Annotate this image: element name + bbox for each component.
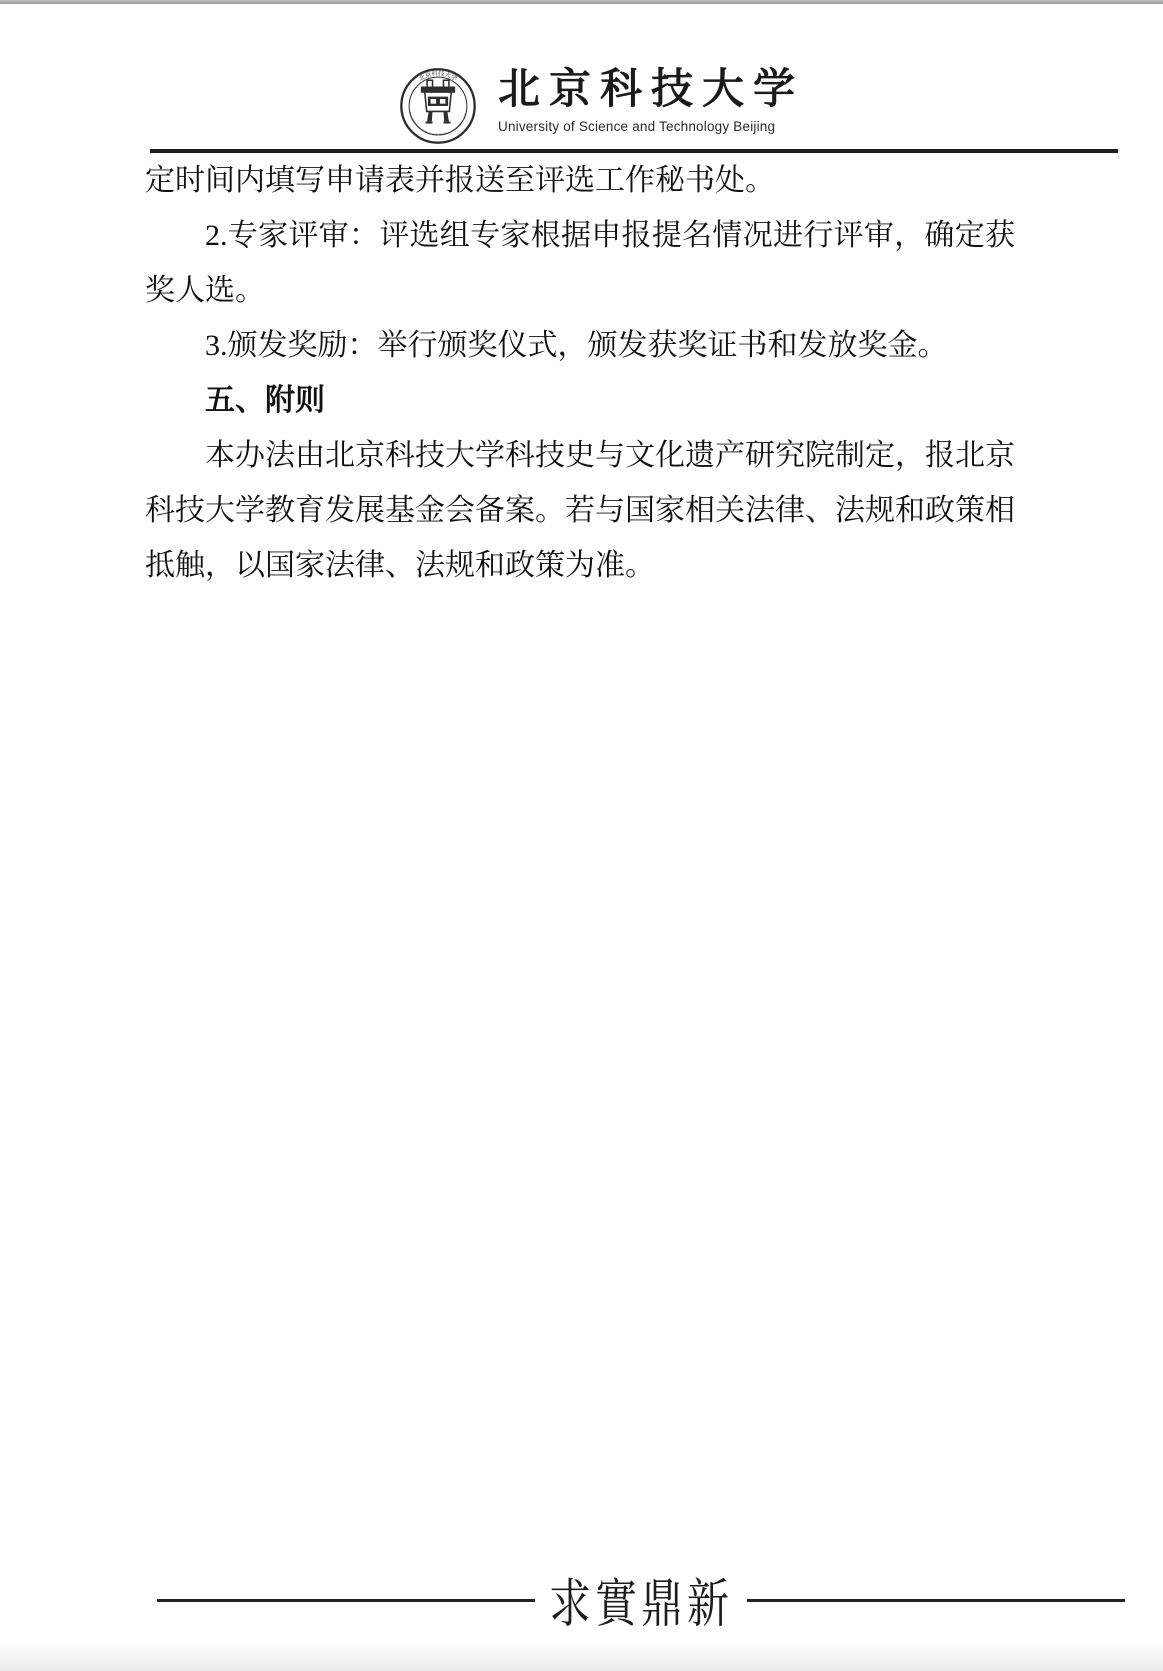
ding-vessel-icon — [422, 80, 455, 123]
paragraph-supplementary-provisions: 本办法由北京科技大学科技史与文化遗产研究院制定，报北京科技大学教育发展基金会备案… — [145, 428, 1015, 593]
footer-line-left — [157, 1599, 535, 1602]
ustb-seal-logo: 北京科技大学 UNIVERSITY OF SCIENCE AND TECHNOL… — [399, 66, 477, 146]
footer-divider: 求實鼎新 — [157, 1552, 1125, 1648]
paragraph-expert-review: 2.专家评审：评选组专家根据申报提名情况进行评审，确定获奖人选。 — [145, 208, 1015, 318]
document-page: 北京科技大学 UNIVERSITY OF SCIENCE AND TECHNOL… — [0, 0, 1163, 1671]
university-name-english: University of Science and Technology Bei… — [498, 119, 775, 134]
page-bottom-edge — [0, 1641, 1163, 1671]
section-heading-supplementary: 五、附则 — [145, 373, 1015, 428]
university-name-calligraphy: 北京科技大学 — [498, 56, 804, 116]
footer-line-right — [747, 1599, 1125, 1602]
logo-ring-bottom-text: UNIVERSITY OF SCIENCE AND TECHNOLOGY BEI… — [408, 112, 468, 137]
document-header: 北京科技大学 UNIVERSITY OF SCIENCE AND TECHNOL… — [0, 0, 1163, 153]
university-motto-seal-script: 求實鼎新 — [549, 1563, 733, 1638]
paragraph-continuation: 定时间内填写申请表并报送至评选工作秘书处。 — [145, 153, 1015, 208]
document-body: 定时间内填写申请表并报送至评选工作秘书处。 2.专家评审：评选组专家根据申报提名… — [145, 153, 1015, 593]
paragraph-award-ceremony: 3.颁发奖励：举行颁奖仪式，颁发获奖证书和发放奖金。 — [145, 318, 1015, 373]
